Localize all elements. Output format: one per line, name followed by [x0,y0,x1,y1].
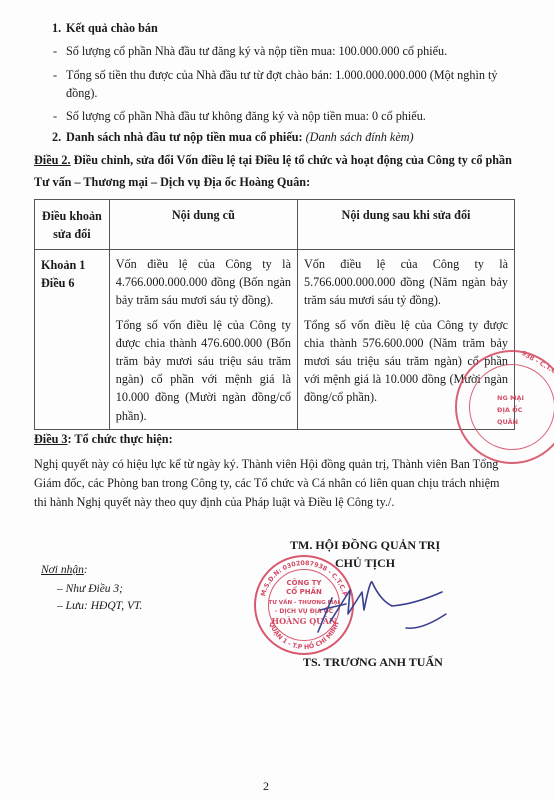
article-clause: Khoản 1 [41,258,85,272]
section-2-note: (Danh sách đính kèm) [306,130,414,144]
bullet-dash: - [53,68,57,83]
cell-old-content: Vốn điều lệ của Công ty là 4.766.000.000… [109,250,297,430]
article-3-heading: Điều 3: Tổ chức thực hiện: [34,432,173,447]
article-2-title: Điều chỉnh, sửa đổi Vốn điều lệ tại Điều… [74,153,512,167]
section-2-number: 2. [52,130,61,145]
header-article-line-1: Điều khoản [42,209,102,223]
section-1-heading: Kết quả chào bán [66,21,158,36]
section-2-heading: Danh sách nhà đầu tư nộp tiền mua cổ phi… [66,130,303,144]
header-article-line-2: sửa đổi [53,227,90,241]
section-2-line: Danh sách nhà đầu tư nộp tiền mua cổ phi… [66,130,414,145]
bullet-dash: - [53,109,57,124]
header-new-content: Nội dung sau khi sửa đổi [297,200,514,250]
article-3-body-line: Giám đốc, các Phòng ban trong Công ty, c… [34,476,500,491]
recipient-item: – Lưu: HĐQT, VT. [57,600,142,612]
new-paragraph: Vốn điều lệ của Công ty là 5.766.000.000… [304,255,508,310]
recipients-colon: : [84,564,88,576]
table-row: Khoản 1 Điều 6 Vốn điều lệ của Công ty l… [35,250,515,430]
article-2-label: Điều 2. [34,153,71,167]
company-seal-partial: 938 - C.T.C.P NG MẠI ĐỊA ỐC QUÂN [455,350,554,464]
bullet-text: Tổng số tiền thu được của Nhà đầu tư từ … [66,68,497,83]
signer-name: TS. TRƯƠNG ANH TUẤN [303,655,443,670]
bullet-text-continued: đồng). [66,86,97,101]
seal-text: ĐỊA ỐC [497,406,522,414]
article-3-label: Điều 3 [34,432,68,446]
table-header-row: Điều khoản sửa đổi Nội dung cũ Nội dung … [35,200,515,250]
article-3-title: : Tổ chức thực hiện: [68,432,173,446]
old-paragraph: Vốn điều lệ của Công ty là 4.766.000.000… [116,255,291,310]
old-paragraph: Tổng số vốn điều lệ của Công ty được chi… [116,316,291,425]
article-2-title-line-1: Điều 2. Điều chỉnh, sửa đổi Vốn điều lệ … [34,153,512,168]
article-3-body-line: Nghị quyết này có hiệu lực kể từ ngày ký… [34,457,498,472]
seal-text: QUÂN [497,418,518,426]
handwritten-signature-icon [310,570,470,650]
page-number: 2 [263,779,269,794]
seal-text: NG MẠI [497,394,524,402]
recipients-title: Nơi nhận [41,564,84,576]
bullet-dash: - [53,44,57,59]
header-old-content: Nội dung cũ [109,200,297,250]
recipient-item: – Như Điều 3; [57,583,123,595]
article-number: Điều 6 [41,276,75,290]
amendment-table: Điều khoản sửa đổi Nội dung cũ Nội dung … [34,199,515,430]
header-article: Điều khoản sửa đổi [35,200,110,250]
article-3-body-line: thi hành Nghị quyết này theo quy định củ… [34,495,394,510]
recipients-title-line: Nơi nhận: [41,564,88,576]
cell-article: Khoản 1 Điều 6 [35,250,110,430]
bullet-text: Số lượng cổ phần Nhà đầu tư không đăng k… [66,109,426,124]
article-2-title-line-2: Tư vấn – Thương mại – Dịch vụ Địa ốc Hoà… [34,175,310,190]
signature-on-behalf: TM. HỘI ĐỒNG QUẢN TRỊ [290,538,440,553]
bullet-text: Số lượng cổ phần Nhà đầu tư đăng ký và n… [66,44,447,59]
section-1-number: 1. [52,21,61,36]
